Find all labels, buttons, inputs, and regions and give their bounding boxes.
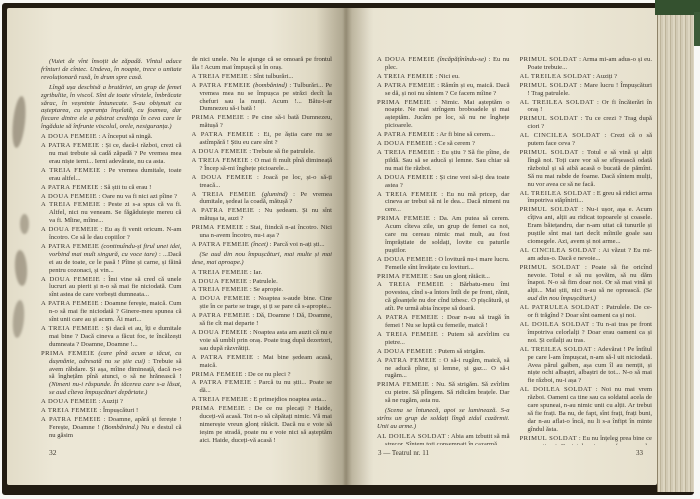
dialogue-line: A DOUA FEMEIE : Putem să strigăm. <box>377 348 510 356</box>
dialogue-line: A DOUA FEMEIE : Auziți ? <box>41 398 182 406</box>
dialogue-line: A TREIA FEMEIE : Bărbatu-meu îmi poveste… <box>377 281 510 313</box>
dialogue-line: A TREIA FEMEIE : Putem să azvîrlim cu pi… <box>377 331 510 347</box>
speaker-name: PRIMUL SOLDAT <box>520 264 581 271</box>
dialogue-line: A DOUA FEMEIE : Patrulele. <box>192 278 333 286</box>
dialogue-line: A TREIA FEMEIE : Pe vremea dumitale, toa… <box>41 167 182 183</box>
speaker-name: AL TREILEA SOLDAT <box>520 346 592 353</box>
speaker-name: PRIMA FEMEIE <box>192 371 243 378</box>
dialogue-line: A TREIA FEMEIE : E primejdios noaptea as… <box>192 396 333 404</box>
speaker-name: A PATRA FEMEIE <box>41 416 101 423</box>
speaker-name: A DOUA FEMEIE <box>41 133 97 140</box>
dialogue-line: A DOUA FEMEIE : Oare nu va fi nici azi p… <box>41 193 182 201</box>
speaker-name: A DOUA FEMEIE <box>41 398 97 405</box>
speaker-name: A TREIA FEMEIE <box>192 73 249 80</box>
dialogue-line: AL DOILEA SOLDAT : Noi nu mai vrem războ… <box>520 386 653 433</box>
dialogue-line: AL CINCILEA SOLDAT : Crezi că o să putem… <box>520 132 653 148</box>
dialogue-line: A PATRA FEMEIE : Parcă tu nu știi... Poa… <box>192 379 333 395</box>
speaker-name: A DOUA FEMEIE <box>377 348 433 355</box>
speaker-name: AL DOILEA SOLDAT <box>377 433 446 440</box>
speaker-name: AL TREILEA SOLDAT <box>520 73 592 80</box>
dialogue-line: AL TREILEA SOLDAT : E greu să ridici arm… <box>520 190 653 206</box>
right-page: A DOUA FEMEIE (încăpățînîndu-se) : Eu nu… <box>344 8 657 485</box>
dialogue-line: PRIMA FEMEIE : De ce nu pleci ? <box>192 371 333 379</box>
dialogue-line: PRIMA FEMEIE : Nimic. Mai așteptăm o noa… <box>377 99 510 131</box>
page-fore-edge <box>657 14 694 492</box>
dialogue-line: AL TREILEA SOLDAT : Adevărat ! Pe întîiu… <box>520 346 653 386</box>
speaker-name: A PATRA FEMEIE <box>377 314 438 321</box>
speaker-name: A PATRA FEMEIE <box>377 131 435 138</box>
continued-text: de nici unele. Nu le ajunge că se omoară… <box>192 56 333 72</box>
dialogue-line: A TREIA FEMEIE : Eu nu mă pricep, dar ci… <box>377 191 510 215</box>
speaker-name: A PATRA FEMEIE <box>41 300 99 307</box>
speaker-name: A DOUA FEMEIE <box>377 174 434 181</box>
dialogue-line: A TREIA FEMEIE : Peste zi s-a spus că va… <box>41 201 182 225</box>
speaker-name: A PATRA FEMEIE <box>41 243 99 250</box>
dialogue-line: A DOUA FEMEIE : Îmi vine să cred că unel… <box>41 276 182 300</box>
stage-note: (încet) <box>251 241 268 248</box>
dialogue-line: A DOUA FEMEIE : A început să ningă. <box>41 133 182 141</box>
left-page-column-1: (Vuiet de vînt însoțit de zăpadă. Vîntul… <box>41 56 182 445</box>
right-page-number: 33 <box>636 449 643 457</box>
right-page-column-2: PRIMUL SOLDAT : Arma mi-am adus-o și eu.… <box>520 56 653 445</box>
stage-direction: (Se aud din nou împușcături, mai multe ș… <box>192 251 333 267</box>
speaker-name: A DOUA FEMEIE <box>377 256 433 263</box>
dialogue-line: AL CINCILEA SOLDAT : Ai văzut ? Eu mi-am… <box>520 247 653 263</box>
dialogue-line: PRIMUL SOLDAT : Poate să fie oricînd nev… <box>520 264 653 304</box>
dialogue-line: PRIMUL SOLDAT : Mare lucru ! Împușcături… <box>520 82 653 98</box>
speaker-name: PRIMUL SOLDAT <box>520 149 579 156</box>
speaker-name: A TREIA FEMEIE <box>377 331 438 338</box>
speaker-name: A DOUA FEMEIE <box>192 174 253 181</box>
dialogue-line: A TREIA FEMEIE : Nici eu. <box>377 73 510 81</box>
dialogue-line: A TREIA FEMEIE : O mai fi mult pînă dimi… <box>192 157 333 173</box>
left-page-number: 32 <box>49 448 57 457</box>
dialogue-line: A PATRA FEMEIE : Rămîn și eu, maică. Dac… <box>377 82 510 98</box>
stage-direction: Lîngă ușa deschisă a brutăriei, un grup … <box>41 84 182 131</box>
speaker-name: A TREIA FEMEIE <box>192 191 257 198</box>
right-page-column-1: A DOUA FEMEIE (încăpățînîndu-se) : Eu nu… <box>377 56 510 445</box>
speaker-name: A TREIA FEMEIE <box>41 407 98 414</box>
speaker-name: PRIMA FEMEIE <box>192 405 246 412</box>
stage-note: (bombănind) <box>253 82 287 89</box>
dialogue-line: A PATRA FEMEIE (încet) : Parcă voi n-ați… <box>192 241 333 249</box>
speaker-name: PRIMUL SOLDAT <box>520 206 579 213</box>
dialogue-line: A PATRA FEMEIE : Doamne, apără și fereșt… <box>41 416 182 440</box>
dialogue-line: A DOUA FEMEIE : Eu aș fi venit oricum. N… <box>41 226 182 242</box>
dialogue-line: PRIMUL SOLDAT : Arma mi-am adus-o și eu.… <box>520 56 653 72</box>
dialogue-line: A DOUA FEMEIE : O lovitură nu-i mare luc… <box>377 256 510 272</box>
speaker-name: A TREIA FEMEIE <box>41 201 100 208</box>
speaker-name: AL CINCILEA SOLDAT <box>520 132 601 139</box>
speaker-name: A PATRA FEMEIE <box>192 354 254 361</box>
speaker-name: A TREIA FEMEIE <box>377 281 444 288</box>
speaker-name: A DOUA FEMEIE <box>377 56 435 63</box>
dialogue-line: A PATRA FEMEIE : Doamne ferește, maică. … <box>41 300 182 324</box>
speaker-name: PRIMA FEMEIE <box>192 114 245 121</box>
speaker-name: PRIMUL SOLDAT <box>520 115 578 122</box>
speaker-name: PRIMA FEMEIE <box>377 215 430 222</box>
printer-signature: 3 — Teatrul nr. 11 <box>378 449 429 457</box>
speaker-name: A TREIA FEMEIE <box>377 191 438 198</box>
right-page-footer: 3 — Teatrul nr. 11 33 <box>378 449 643 457</box>
speaker-name: A TREIA FEMEIE <box>377 73 434 80</box>
speaker-name: PRIMUL SOLDAT <box>520 56 578 63</box>
left-page: (Vuiet de vînt însoțit de zăpadă. Vîntul… <box>7 8 344 485</box>
dialogue-line: A TREIA FEMEIE : Și dacă ei au, îți e du… <box>41 325 182 349</box>
speaker-name: A PATRA FEMEIE <box>192 241 250 248</box>
speaker-name: AL DOILEA SOLDAT <box>520 386 593 393</box>
right-page-text-area: A DOUA FEMEIE (încăpățînîndu-se) : Eu nu… <box>377 56 652 445</box>
stage-direction: (Scena se întunecă, apoi se luminează. S… <box>377 407 510 431</box>
speaker-name: A PATRA FEMEIE <box>192 207 255 214</box>
dialogue-line: A DOUA FEMEIE : Noaptea s-aude bine. Cin… <box>192 295 333 311</box>
speaker-name: A DOUA FEMEIE <box>41 193 97 200</box>
stage-direction: (Vuiet de vînt însoțit de zăpadă. Vîntul… <box>41 58 182 82</box>
speaker-name: PRIMA FEMEIE <box>192 224 244 231</box>
dialogue-line: A PATRA FEMEIE (continuîndu-și firul une… <box>41 243 182 275</box>
speaker-name: A PATRA FEMEIE <box>377 357 437 364</box>
dialogue-line: A PATRA FEMEIE : Doar n-au să tragă în f… <box>377 314 510 330</box>
dialogue-line: PRIMUL SOLDAT : Tu ce crezi ? Trag după … <box>520 115 653 131</box>
speaker-name: A DOUA FEMEIE <box>192 278 248 285</box>
dialogue-line: A DOUA FEMEIE : Trebuie să fie patrulele… <box>192 148 333 156</box>
dialogue-line: A PATRA FEMEIE : Mai bine ședeam acasă, … <box>192 354 333 370</box>
dialogue-line: A PATRA FEMEIE (bombănind) : Tulburări..… <box>192 82 333 114</box>
dialogue-line: A PATRA FEMEIE : Și ce, dacă-i război, c… <box>41 142 182 166</box>
dialogue-line: A PATRA FEMEIE : Ei, pe ăștia care nu se… <box>192 131 333 147</box>
speaker-name: A TREIA FEMEIE <box>41 167 101 174</box>
dialogue-line: A TREIA FEMEIE : Eu știu ? Să fie pîine,… <box>377 149 510 173</box>
dialogue-line: A DOUA FEMEIE : Joacă pe loc, și-o să-ți… <box>192 174 333 190</box>
stage-note: (încăpățînîndu-se) <box>437 56 486 63</box>
speaker-name: A TREIA FEMEIE <box>192 157 249 164</box>
dialogue-line: PRIMA FEMEIE : Da. Am putea să cerem. Ac… <box>377 215 510 255</box>
speaker-name: PRIMA FEMEIE <box>377 381 429 388</box>
dialogue-line: A PATRA FEMEIE : Nu ședeam. Și nu sînt m… <box>192 207 333 223</box>
speaker-name: PRIMUL SOLDAT <box>520 82 578 89</box>
speaker-name: AL CINCILEA SOLDAT <box>520 247 597 254</box>
dialogue-line: AL TREILEA SOLDAT : Or fi încăierări în … <box>520 99 653 115</box>
speaker-name: A TREIA FEMEIE <box>192 286 249 293</box>
speaker-name: A TREIA FEMEIE <box>192 269 249 276</box>
speaker-name: PRIMA FEMEIE <box>377 273 428 280</box>
speaker-name: A TREIA FEMEIE <box>192 396 249 403</box>
dialogue-line: AL DOILEA SOLDAT : Tu n-ai tras pe front… <box>520 321 653 345</box>
speaker-name: A PATRA FEMEIE <box>192 379 252 386</box>
dialogue-line: PRIMA FEMEIE : De ce nu plecați ? Haide,… <box>192 405 333 445</box>
dialogue-line: A TREIA FEMEIE : Se apropie. <box>192 286 333 294</box>
dialogue-line: A PATRA FEMEIE : Ar fi bine să cerem... <box>377 131 510 139</box>
speaker-name: A TREIA FEMEIE <box>41 325 99 332</box>
speaker-name: A DOUA FEMEIE <box>41 276 100 283</box>
dialogue-line: PRIMUL SOLDAT : Eu nu înțeleg prea bine … <box>520 435 653 445</box>
dialogue-line: AL DOILEA SOLDAT : Abia am izbutit să mă… <box>377 433 510 445</box>
speaker-name: A DOUA FEMEIE <box>192 295 251 302</box>
dialogue-line: A TREIA FEMEIE (glumind) : Pe vremea dum… <box>192 191 333 207</box>
dialogue-line: A TREIA FEMEIE : Iar. <box>192 269 333 277</box>
left-page-column-2: de nici unele. Nu le ajunge că se omoară… <box>192 56 333 445</box>
speaker-name: A PATRA FEMEIE <box>41 142 100 149</box>
speaker-name: PRIMA FEMEIE <box>377 99 431 106</box>
dialogue-line: A DOUA FEMEIE : Ce să cerem ? <box>377 140 510 148</box>
speaker-name: AL TREILEA SOLDAT <box>520 190 592 197</box>
dialogue-line: A PATRA FEMEIE : Să știi tu că erau ! <box>41 184 182 192</box>
dialogue-line: A TREIA FEMEIE : Împușcături ! <box>41 407 182 415</box>
speaker-name: A PATRA FEMEIE <box>192 312 251 319</box>
speaker-name: PRIMUL SOLDAT <box>520 435 578 442</box>
dialogue-line: PRIMA FEMEIE : Stai, fiindcă n-ai încotr… <box>192 224 333 240</box>
speaker-name: AL PATRULEA SOLDAT <box>520 304 600 311</box>
dialogue-line: PRIMA FEMEIE : Pe cine să-i bată Dumneze… <box>192 114 333 130</box>
dialogue-line: PRIMUL SOLDAT : Totul e să vină și alții… <box>520 149 653 189</box>
speaker-name: A DOUA FEMEIE <box>192 329 248 336</box>
dialogue-line: PRIMUL SOLDAT : Nu-i ușor, așa e. Acum c… <box>520 206 653 246</box>
dialogue-line: AL PATRULEA SOLDAT : Patrulele. De ce-or… <box>520 304 653 320</box>
dialogue-line: A DOUA FEMEIE : Și cine vrei să-ți dea t… <box>377 174 510 190</box>
dialogue-line: A DOUA FEMEIE (încăpățînîndu-se) : Eu nu… <box>377 56 510 72</box>
speaker-name: PRIMA FEMEIE <box>41 350 95 357</box>
dialogue-line: PRIMA FEMEIE : Nu. Să strigăm. Să zvîrli… <box>377 381 510 405</box>
speaker-name: A DOUA FEMEIE <box>41 226 98 233</box>
stage-note: (glumind) <box>262 191 288 198</box>
book-scan: (Vuiet de vînt însoțit de zăpadă. Vîntul… <box>0 0 700 499</box>
speaker-name: A PATRA FEMEIE <box>377 82 435 89</box>
speaker-name: A DOUA FEMEIE <box>377 140 433 147</box>
dialogue-line: AL TREILEA SOLDAT : Auziți ? <box>520 73 653 81</box>
speaker-name: AL DOILEA SOLDAT <box>520 321 590 328</box>
speaker-name: A TREIA FEMEIE <box>377 149 435 156</box>
speaker-name: A PATRA FEMEIE <box>41 184 99 191</box>
dialogue-line: PRIMA FEMEIE : Sau un glonț rătăcit... <box>377 273 510 281</box>
speaker-name: A PATRA FEMEIE <box>192 131 254 138</box>
dialogue-line: A DOUA FEMEIE : Noaptea asta am auzit că… <box>192 329 333 353</box>
speaker-name: A PATRA FEMEIE <box>192 82 251 89</box>
dialogue-line: PRIMA FEMEIE (care pînă acum a tăcut, cu… <box>41 350 182 397</box>
speaker-name: AL TREILEA SOLDAT <box>520 99 595 106</box>
left-page-text-area: (Vuiet de vînt însoțit de zăpadă. Vîntul… <box>41 56 332 445</box>
green-cover-sliver <box>694 12 700 46</box>
dialogue-line: A TREIA FEMEIE : Sînt tulburări... <box>192 73 333 81</box>
speaker-name: A DOUA FEMEIE <box>192 148 248 155</box>
dialogue-line: A PATRA FEMEIE : Dă, Doamne ! Dă, Doamne… <box>192 312 333 328</box>
dialogue-line: A PATRA FEMEIE : O să-i rugăm, maică, să… <box>377 357 510 381</box>
